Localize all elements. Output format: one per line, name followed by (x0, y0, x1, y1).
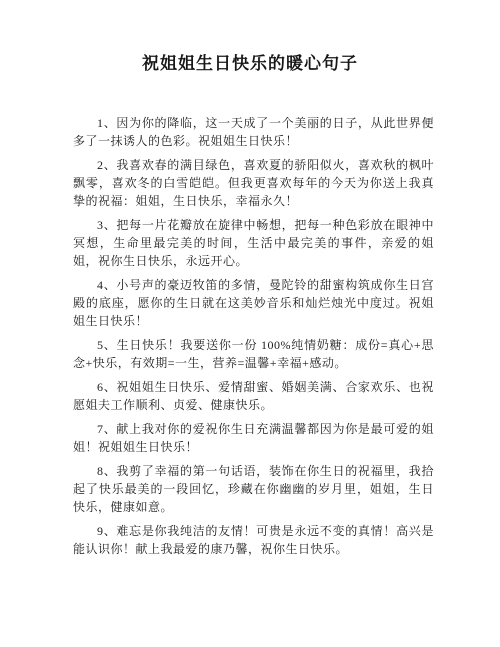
document-title: 祝姐姐生日快乐的暖心句子 (0, 52, 500, 76)
paragraph-8: 8、我剪了幸福的第一句话语，装饰在你生日的祝福里，我拾起了快乐最美的一段回忆，珍… (73, 462, 434, 516)
paragraph-9: 9、难忘是你我纯洁的友情！可贵是永远不变的真情！高兴是能认识你！献上我最爱的康乃… (73, 522, 434, 558)
paragraph-5: 5、生日快乐！我要送你一份 100%纯情奶糖：成份=真心+思念+快乐，有效期=一… (73, 336, 434, 372)
document-body: 1、因为你的降临，这一天成了一个美丽的日子，从此世界便多了一抹诱人的色彩。祝姐姐… (73, 114, 434, 558)
paragraph-2: 2、我喜欢春的满目绿色，喜欢夏的骄阳似火，喜欢秋的枫叶飘零，喜欢冬的白雪皑皑。但… (73, 156, 434, 210)
paragraph-4: 4、小号声的豪迈牧笛的多情，曼陀铃的甜蜜构筑成你生日宫殿的底座，愿你的生日就在这… (73, 276, 434, 330)
paragraph-6: 6、祝姐姐生日快乐、爱情甜蜜、婚姻美满、合家欢乐、也祝愿姐夫工作顺利、贞爱、健康… (73, 378, 434, 414)
document-page: 祝姐姐生日快乐的暖心句子 1、因为你的降临，这一天成了一个美丽的日子，从此世界便… (0, 0, 500, 647)
paragraph-7: 7、献上我对你的爱祝你生日充满温馨都因为你是最可爱的姐姐！祝姐姐生日快乐！ (73, 420, 434, 456)
paragraph-1: 1、因为你的降临，这一天成了一个美丽的日子，从此世界便多了一抹诱人的色彩。祝姐姐… (73, 114, 434, 150)
paragraph-3: 3、把每一片花瓣放在旋律中畅想，把每一种色彩放在眼神中冥想，生命里最完美的时间，… (73, 216, 434, 270)
